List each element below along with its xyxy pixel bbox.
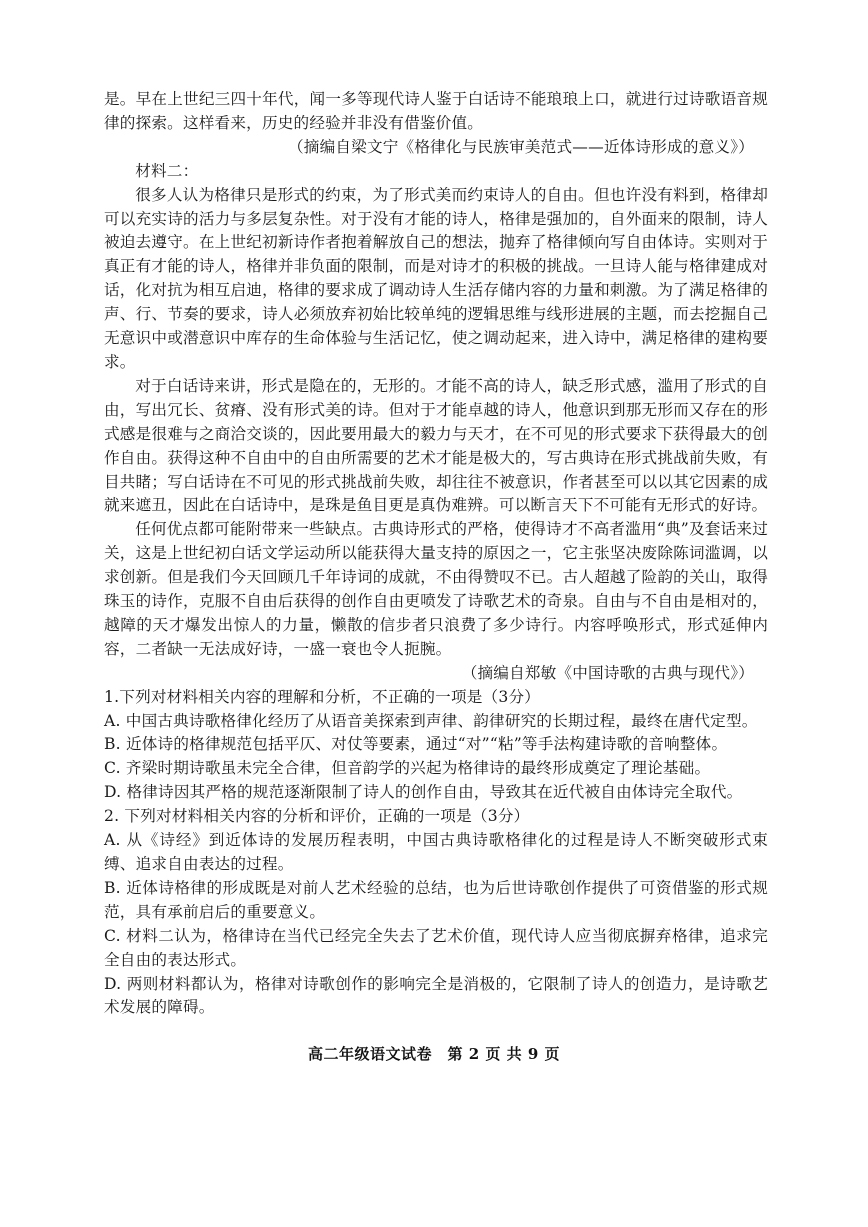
- page-footer: 高二年级语文试卷 第 2 页 共 9 页: [0, 1043, 868, 1064]
- option-b: B. 近体诗格律的形成既是对前人艺术经验的总结，也为后世诗歌创作提供了可资借鉴的…: [104, 877, 768, 925]
- option-d: D. 两则材料都认为，格律对诗歌创作的影响完全是消极的，它限制了诗人的创造力，是…: [104, 973, 768, 1021]
- material1-tail: 是。早在上世纪三四十年代，闻一多等现代诗人鉴于白话诗不能琅琅上口，就进行过诗歌语…: [104, 88, 768, 136]
- question-stem: 1.下列对材料相关内容的理解和分析，不正确的一项是（3分）: [104, 686, 768, 710]
- option-c: C. 齐梁时期诗歌虽未完全合律，但音韵学的兴起为格律诗的最终形成奠定了理论基础。: [104, 757, 768, 781]
- option-b: B. 近体诗的格律规范包括平仄、对仗等要素，通过“对”“粘”等手法构建诗歌的音响…: [104, 733, 768, 757]
- material2-paragraph: 对于白话诗来讲，形式是隐在的，无形的。才能不高的诗人，缺乏形式感，滥用了形式的自…: [104, 375, 768, 518]
- option-a: A. 从《诗经》到近体诗的发展历程表明，中国古典诗歌格律化的过程是诗人不断突破形…: [104, 829, 768, 877]
- material2-label: 材料二：: [104, 160, 768, 184]
- material2-paragraph: 任何优点都可能附带来一些缺点。古典诗形式的严格，使得诗才不高者滥用“典”及套话来…: [104, 518, 768, 661]
- option-a: A. 中国古典诗歌格律化经历了从语音美探索到声律、韵律研究的长期过程，最终在唐代…: [104, 710, 768, 734]
- material2-source: （摘编自郑敏《中国诗歌的古典与现代》）: [104, 662, 768, 686]
- material1-source: （摘编自梁文宁《格律化与民族审美范式——近体诗形成的意义》）: [104, 136, 768, 160]
- question-stem: 2. 下列对材料相关内容的分析和评价，正确的一项是（3分）: [104, 805, 768, 829]
- question-2: 2. 下列对材料相关内容的分析和评价，正确的一项是（3分） A. 从《诗经》到近…: [104, 805, 768, 1020]
- question-1: 1.下列对材料相关内容的理解和分析，不正确的一项是（3分） A. 中国古典诗歌格…: [104, 686, 768, 806]
- exam-page-content: 是。早在上世纪三四十年代，闻一多等现代诗人鉴于白话诗不能琅琅上口，就进行过诗歌语…: [104, 88, 768, 1020]
- option-d: D. 格律诗因其严格的规范逐渐限制了诗人的创作自由，导致其在近代被自由体诗完全取…: [104, 781, 768, 805]
- option-c: C. 材料二认为，格律诗在当代已经完全失去了艺术价值，现代诗人应当彻底摒弃格律，…: [104, 925, 768, 973]
- material2-paragraph: 很多人认为格律只是形式的约束，为了形式美而约束诗人的自由。但也许没有料到，格律却…: [104, 184, 768, 375]
